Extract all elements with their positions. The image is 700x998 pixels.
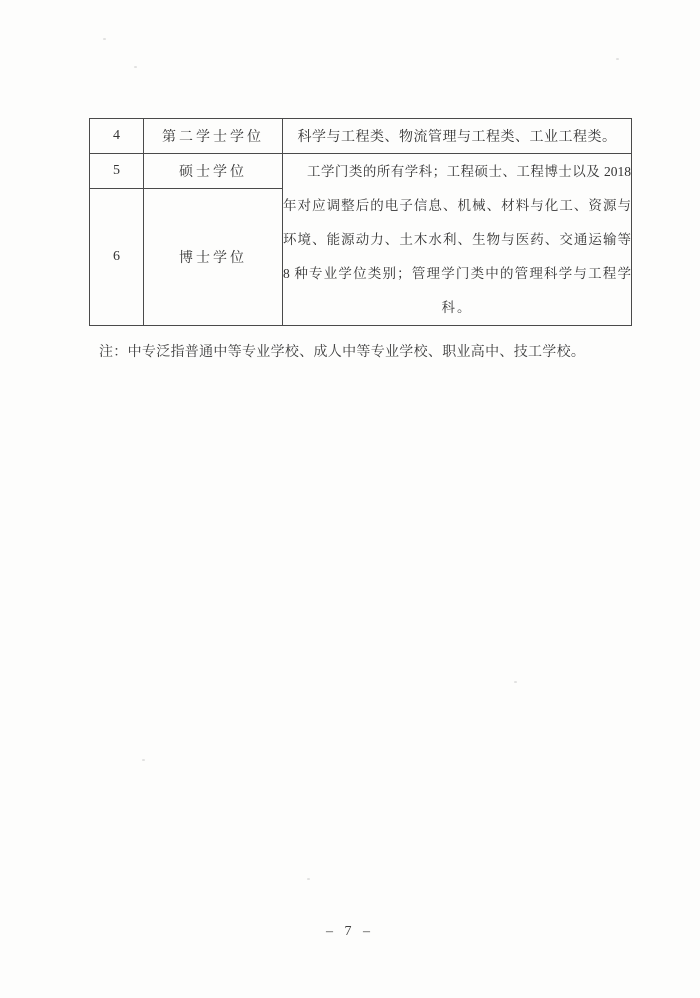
row-number-cell: 4 (90, 119, 144, 154)
degree-name-cell: 第二学士学位 (144, 119, 283, 154)
scan-speck (307, 878, 310, 880)
description-line: 工学门类的所有学科；工程硕士、工程博士以及 2018 (283, 155, 631, 189)
scan-speck (514, 681, 517, 683)
row-number-cell: 5 (90, 154, 144, 189)
degree-name-cell: 硕士学位 (144, 154, 283, 189)
scan-speck (134, 66, 137, 68)
description-line: 8 种专业学位类别；管理学门类中的管理科学与工程学 (283, 257, 631, 291)
page-number: – 7 – (0, 924, 700, 940)
degree-description-cell: 科学与工程类、物流管理与工程类、工业工程类。 (283, 119, 632, 154)
description-line: 年对应调整后的电子信息、机械、材料与化工、资源与 (283, 189, 631, 223)
scan-speck (142, 759, 145, 761)
table-row: 4 第二学士学位 科学与工程类、物流管理与工程类、工业工程类。 (90, 119, 632, 154)
row-number-cell: 6 (90, 189, 144, 326)
description-line: 环境、能源动力、土木水利、生物与医药、交通运输等 (283, 223, 631, 257)
description-line-last: 科。 (283, 291, 631, 325)
scan-speck (103, 38, 106, 40)
footnote: 注：中专泛指普通中等专业学校、成人中等专业学校、职业高中、技工学校。 (99, 341, 619, 361)
table-row: 5 硕士学位 工学门类的所有学科；工程硕士、工程博士以及 2018 年对应调整后… (90, 154, 632, 189)
scan-speck (616, 58, 619, 60)
degree-name-cell: 博士学位 (144, 189, 283, 326)
merged-description-cell: 工学门类的所有学科；工程硕士、工程博士以及 2018 年对应调整后的电子信息、机… (283, 154, 632, 326)
degree-category-table: 4 第二学士学位 科学与工程类、物流管理与工程类、工业工程类。 5 硕士学位 工… (89, 118, 632, 326)
document-page: 4 第二学士学位 科学与工程类、物流管理与工程类、工业工程类。 5 硕士学位 工… (0, 0, 700, 998)
